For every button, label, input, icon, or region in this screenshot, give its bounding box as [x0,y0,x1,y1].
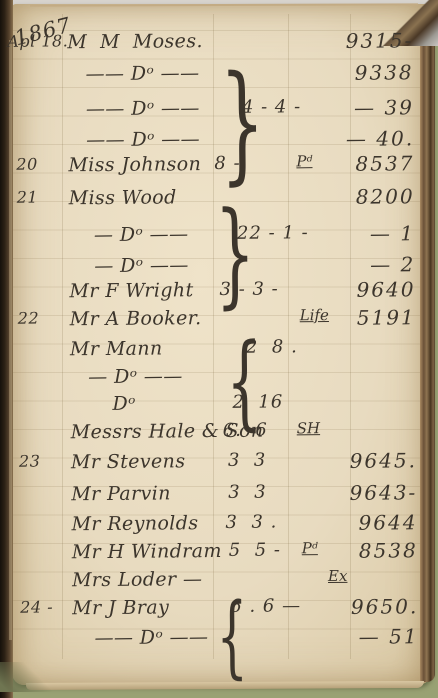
ledger-row: —— Dᵒ ——9338 [0,60,436,91]
group-brace: { [216,592,248,681]
entry-date: 22 [18,309,40,328]
ledger-row: 23Mr Stevens3 39645. [1,448,438,479]
entries-layer: 1867 Apl 18.M M Moses.9315-—— Dᵒ ——9338—… [0,0,438,698]
ledger-row: Mr Reynolds3 3 .9644 [1,510,438,541]
entry-note: Pᵈ [296,152,312,170]
ledger-row: Mr Mann2 8 . [0,335,438,366]
ledger-row: — Dᵒ —— [0,363,438,394]
ledger-row: Apl 18.M M Moses.9315- [0,28,435,59]
group-brace: } [219,60,265,188]
entry-name: —— Dᵒ —— [86,62,200,85]
entry-number: 9643- [349,480,417,505]
entry-number: 8200 [356,184,415,209]
ledger-row: Dᵒ2 16 [0,390,438,421]
entry-name: Mr H Windram [72,540,222,563]
entry-name: M M Moses. [67,30,203,53]
entry-number: — 40. [346,126,414,151]
entry-date: Apl 18. [7,31,68,51]
entry-name: Mrs Loder — [72,568,202,591]
ledger-row: Messrs Hale & Son6. 6SH [1,418,438,449]
entry-name: Mr J Bray [72,596,169,619]
entry-number: 8538 [359,538,418,563]
entry-name: Mr A Booker. [70,307,202,330]
entry-number: — 39 [354,95,414,120]
scanned-ledger-page: 1867 Apl 18.M M Moses.9315-—— Dᵒ ——9338—… [0,0,438,698]
entry-name: — Dᵒ —— [88,365,183,388]
entry-date: 21 [17,188,39,207]
entry-number: 9650. [351,594,418,619]
entry-note: Life [300,306,329,324]
entry-name: — Dᵒ —— [94,223,189,246]
entry-name: — Dᵒ —— [94,254,189,277]
entry-name: Mr F Wright [69,279,193,302]
group-brace: } [215,197,256,311]
entry-name: Mr Mann [70,337,163,360]
entry-date: 20 [16,155,38,174]
entry-number: 5191 [357,305,416,330]
entry-note: SH [297,419,321,437]
entry-note: Ex [328,567,348,585]
entry-note: Pᵈ [302,539,318,557]
entry-date: 23 [19,452,41,471]
entry-name: —— Dᵒ —— [86,97,200,120]
entry-amount: 3 3 [228,482,267,503]
entry-number: — 2 [370,252,415,276]
entry-amount: 3 3 . [225,511,277,532]
ledger-row: Mr H Windram5 5 -Pᵈ8538 [2,538,438,569]
group-brace: { [226,331,263,434]
entry-number: — 51 [359,624,419,649]
ledger-row: —— Dᵒ ——4 - 4 -— 39 [0,95,436,126]
entry-number: — 1 [370,221,415,245]
entry-name: Miss Wood [69,186,177,209]
entry-number: 9315- [346,28,414,53]
entry-name: Mr Reynolds [71,512,198,535]
entry-number: 9644 [359,510,418,535]
entry-number: 9338 [355,60,414,85]
entry-number: 8537 [355,151,414,176]
entry-name: Mr Stevens [71,450,186,473]
entry-name: Mr Parvin [71,482,171,505]
entry-date: 24 - [20,597,53,616]
entry-amount: 5 5 - [229,539,281,560]
entry-name: Dᵒ [112,393,136,415]
entry-amount: 3 3 [228,450,267,471]
entry-name: —— Dᵒ —— [86,128,200,151]
entry-name: —— Dᵒ —— [94,626,208,649]
entry-number: 9645. [350,448,417,473]
entry-name: Miss Johnson [68,153,201,176]
ledger-row: 20Miss Johnson8 -Pᵈ8537 [0,151,437,182]
entry-number: 9640 [356,277,415,302]
ledger-row: Mr Parvin3 39643- [1,480,438,511]
